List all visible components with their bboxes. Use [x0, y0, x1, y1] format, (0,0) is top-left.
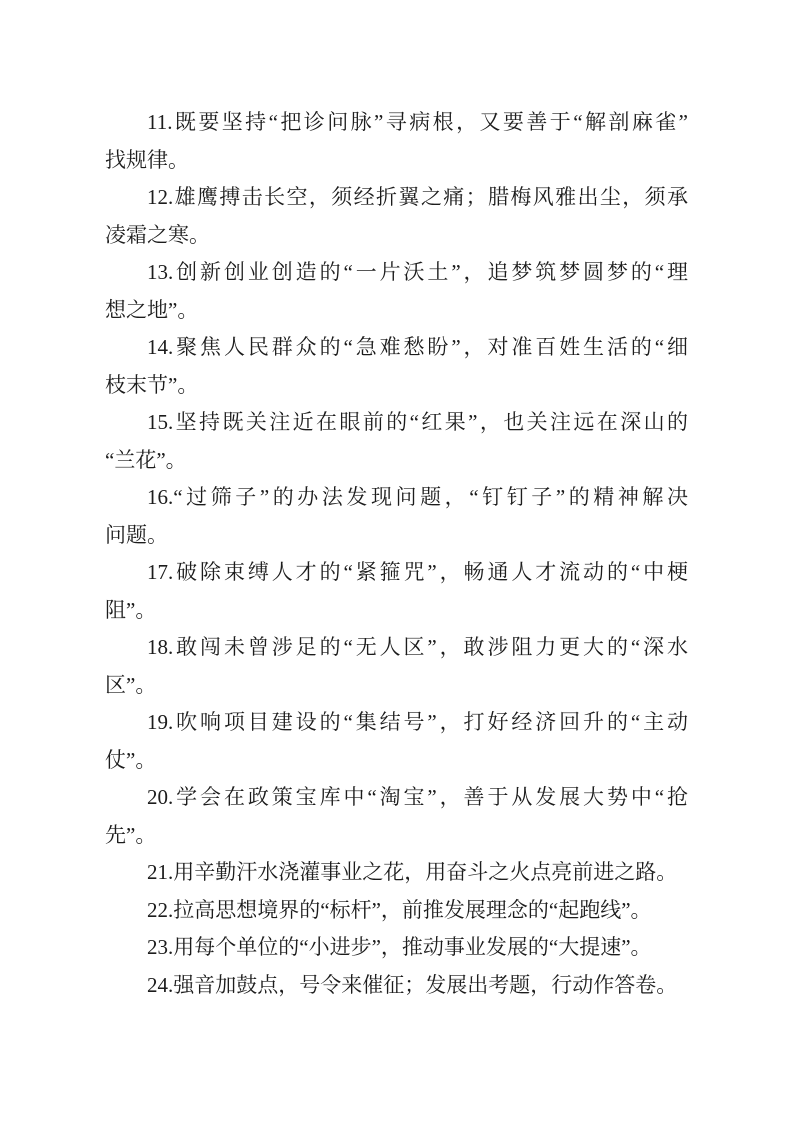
text-line-content: 先”。 — [105, 823, 156, 847]
text-line-content: 22.拉高思想境界的“标杆”，前推发展理念的“起跑线”。 — [147, 898, 652, 922]
text-line: 13.创新创业创造的“一片沃土”，追梦筑梦圆梦的“理 — [105, 254, 688, 292]
text-line-content: 24.强音加鼓点，号令来催征；发展出考题，行动作答卷。 — [147, 973, 677, 997]
text-line: 19.吹响项目建设的“集结号”，打好经济回升的“主动 — [105, 704, 688, 742]
text-line-content: 15.坚持既关注近在眼前的“红果”，也关注远在深山的 — [147, 410, 688, 434]
text-line: 16.“过筛子”的办法发现问题，“钉钉子”的精神解决 — [105, 479, 688, 517]
text-line: 20.学会在政策宝库中“淘宝”，善于从发展大势中“抢 — [105, 779, 688, 817]
text-line-content: 凌霜之寒。 — [105, 223, 210, 247]
text-line: 11.既要坚持“把诊问脉”寻病根，又要善于“解剖麻雀” — [105, 104, 688, 142]
text-line: “兰花”。 — [105, 442, 688, 480]
text-line-content: 23.用每个单位的“小进步”，推动事业发展的“大提速”。 — [147, 935, 652, 959]
text-line: 23.用每个单位的“小进步”，推动事业发展的“大提速”。 — [105, 929, 688, 967]
text-line: 17.破除束缚人才的“紧箍咒”，畅通人才流动的“中梗 — [105, 554, 688, 592]
text-line: 找规律。 — [105, 142, 688, 180]
text-line: 区”。 — [105, 667, 688, 705]
text-line-content: 区”。 — [105, 673, 156, 697]
text-line-content: 21.用辛勤汗水浇灌事业之花，用奋斗之火点亮前进之路。 — [147, 860, 677, 884]
text-line: 21.用辛勤汗水浇灌事业之花，用奋斗之火点亮前进之路。 — [105, 854, 688, 892]
text-line-content: 枝末节”。 — [105, 373, 198, 397]
text-line: 18.敢闯未曾涉足的“无人区”，敢涉阻力更大的“深水 — [105, 629, 688, 667]
text-line: 仗”。 — [105, 742, 688, 780]
text-line-content: 问题。 — [105, 523, 168, 547]
text-line-content: 19.吹响项目建设的“集结号”，打好经济回升的“主动 — [147, 710, 688, 734]
text-line: 问题。 — [105, 517, 688, 555]
text-line-content: 12.雄鹰搏击长空，须经折翼之痛；腊梅风雅出尘，须承 — [147, 185, 688, 209]
text-line: 凌霜之寒。 — [105, 217, 688, 255]
text-line-content: 想之地”。 — [105, 298, 198, 322]
text-line-content: 找规律。 — [105, 148, 189, 172]
text-line-content: “兰花”。 — [105, 448, 187, 472]
text-line-content: 18.敢闯未曾涉足的“无人区”，敢涉阻力更大的“深水 — [147, 635, 688, 659]
text-line: 14.聚焦人民群众的“急难愁盼”，对准百姓生活的“细 — [105, 329, 688, 367]
text-line-content: 16.“过筛子”的办法发现问题，“钉钉子”的精神解决 — [147, 485, 688, 509]
document-body: 11.既要坚持“把诊问脉”寻病根，又要善于“解剖麻雀”找规律。12.雄鹰搏击长空… — [105, 104, 688, 1004]
text-line: 24.强音加鼓点，号令来催征；发展出考题，行动作答卷。 — [105, 967, 688, 1005]
text-line-content: 17.破除束缚人才的“紧箍咒”，畅通人才流动的“中梗 — [147, 560, 688, 584]
text-line-content: 14.聚焦人民群众的“急难愁盼”，对准百姓生活的“细 — [147, 335, 688, 359]
text-line-content: 11.既要坚持“把诊问脉”寻病根，又要善于“解剖麻雀” — [147, 110, 688, 134]
text-line-content: 20.学会在政策宝库中“淘宝”，善于从发展大势中“抢 — [147, 785, 688, 809]
text-line: 想之地”。 — [105, 292, 688, 330]
text-line: 15.坚持既关注近在眼前的“红果”，也关注远在深山的 — [105, 404, 688, 442]
document-page: 11.既要坚持“把诊问脉”寻病根，又要善于“解剖麻雀”找规律。12.雄鹰搏击长空… — [0, 0, 793, 1122]
text-line-content: 13.创新创业创造的“一片沃土”，追梦筑梦圆梦的“理 — [147, 260, 688, 284]
text-line-content: 阻”。 — [105, 598, 156, 622]
text-line: 12.雄鹰搏击长空，须经折翼之痛；腊梅风雅出尘，须承 — [105, 179, 688, 217]
text-line-content: 仗”。 — [105, 748, 156, 772]
text-line: 枝末节”。 — [105, 367, 688, 405]
text-line: 22.拉高思想境界的“标杆”，前推发展理念的“起跑线”。 — [105, 892, 688, 930]
text-line: 阻”。 — [105, 592, 688, 630]
text-line: 先”。 — [105, 817, 688, 855]
